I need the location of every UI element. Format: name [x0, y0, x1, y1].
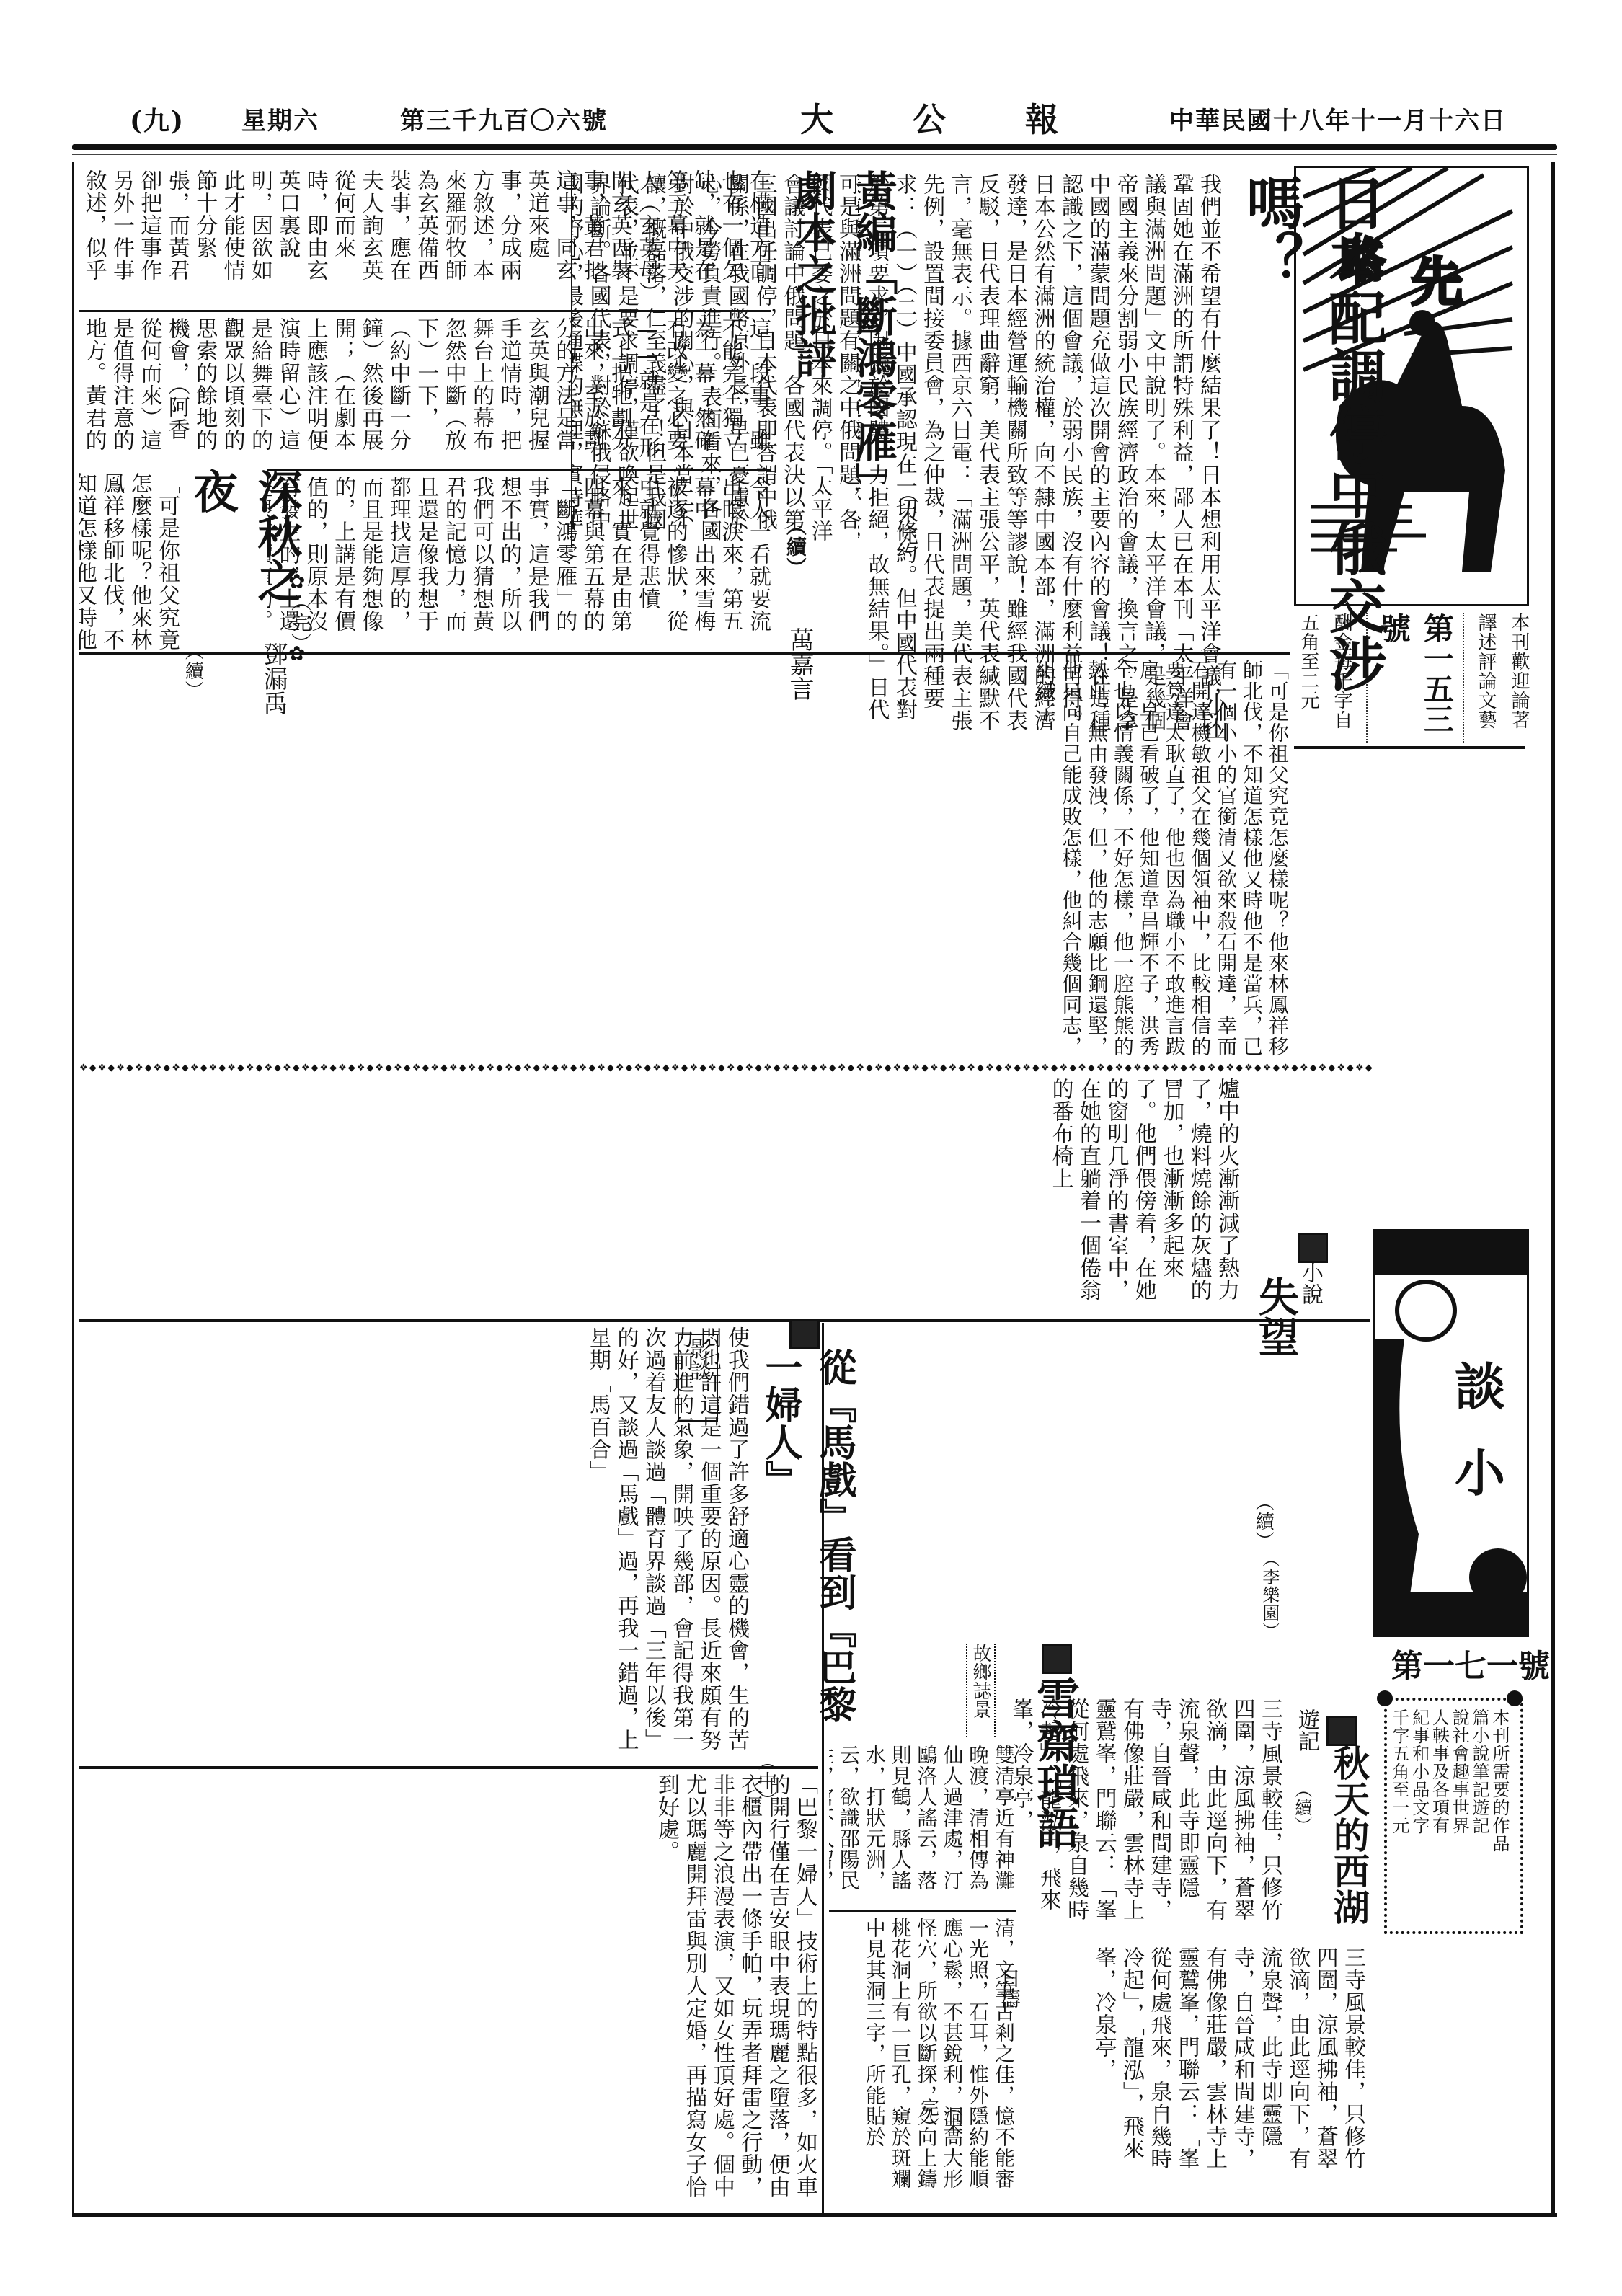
masthead: (九) 星期六 第三千九百〇六號 大公報 中華民國十八年十一月十六日: [72, 94, 1557, 162]
newspaper-page: (九) 星期六 第三千九百〇六號 大公報 中華民國十八年十一月十六日 先 路: [72, 94, 1557, 2220]
xiaotan-notice-line: 本刊所需要的作品: [1492, 1708, 1510, 1918]
xianlu-notice-1: 本刊歡迎論著: [1510, 613, 1530, 743]
article-drama-continued: （續）: [782, 515, 808, 580]
xianlu-title-art: 先: [1403, 254, 1464, 306]
travelogue-continued: （續）: [1290, 1781, 1313, 1831]
divider: [267, 469, 771, 471]
masthead-rule-thin: [72, 154, 1557, 155]
section-divider: [79, 1766, 818, 1769]
corner-dot-icon: [1377, 1690, 1393, 1706]
section-mark-icon: [1042, 1644, 1072, 1674]
section-divider: [1294, 746, 1525, 749]
xianlu-notice-2: 譯述評論文藝: [1477, 613, 1497, 743]
film-review-body-2: 「巴黎一婦人」技術上的特點很多，如火車的開行僅在吉安眼中表現瑪麗之墮落，便由衣櫃…: [79, 1773, 818, 2206]
story-disappointment-body: 爐中的火漸漸減了熱力了，燒料燒餘的灰燼的冒加，也漸漸多起來了。他們偎傍着，在她的…: [79, 1078, 1240, 1319]
article-drama-body-3: 令人一看就要流出眼淚來，第五幕中，出來雪梅被逐的慘狀，從中就覺得悲憤來，實在是由…: [267, 476, 771, 652]
story-deep-autumn-headline: 深秋之夜: [180, 469, 309, 642]
page-number: (九): [130, 101, 185, 138]
weekday: 星期六: [241, 101, 319, 136]
page-border-bottom: [72, 2213, 1557, 2217]
article-drama-headline: 黃編「斷鴻零雁」劇本之批評: [782, 169, 903, 515]
corner-dot-icon: [1507, 1690, 1523, 1706]
paper-title: 大公報: [800, 94, 1138, 141]
article-drama-body: 在構造方面也有一個欠缺，就是在第三幕中夫人（玄英母）問玄英西裝事，黃君把這事，同…: [79, 169, 771, 303]
story-disappointment-author: （李樂園）: [1258, 1550, 1280, 1658]
xiaotan-notice-line: 說社會趣事世界: [1452, 1708, 1471, 1918]
notes-body-2: 清，文筆古剎之佳，憶不能審一光照，石耳，惟外隱約能順應心鬆，不甚銳利，洞高大形怪…: [829, 1918, 1016, 2199]
article-japan-headline: 日本配調停中俄交涉嗎？: [1229, 173, 1395, 735]
notes-subsection-tag: 故鄉誌景: [966, 1644, 996, 1737]
film-review-body: 使我們錯過了許多舒適心靈的機會，生的苦悶也許這是一個重要的原因。長近來頗有努力前…: [79, 1326, 750, 1759]
story-disappointment-continued: （續）: [1251, 1492, 1275, 1543]
xiaotan-notice-line: 紀事和小品文字: [1412, 1708, 1430, 1918]
xiaotan-woodcut-illustration: 談 小: [1373, 1229, 1529, 1637]
masthead-rule: [72, 144, 1557, 150]
notes-body: 雙清亭近有神灘晚渡，清相傳為仙人過津處，汀鷗洛人謠云，落則見鶴，縣人謠水，打狀元…: [829, 1745, 1016, 1903]
story-deep-autumn-body-a: 「可是你祖父究竟怎麼樣呢？他來林鳳祥移師北伐，不知道怎樣他又時他不是當兵，已有一…: [79, 472, 180, 656]
page-border-left: [72, 162, 74, 2217]
article-japan-body: 我們並不希望有什麼結果了！日本想利用太平洋會議，以鞏固她在滿洲的所謂特殊利益，鄙…: [858, 173, 1222, 743]
travelogue-headline: 秋天的西湖: [1323, 1745, 1375, 1932]
publication-date: 中華民國十八年十一月十六日: [1169, 101, 1507, 136]
divider: [79, 310, 771, 312]
notes-headline: 雪齋瑣語: [1024, 1676, 1086, 1914]
section-mark-icon: [1298, 1233, 1328, 1263]
page-border-right: [1551, 162, 1555, 2217]
xiaotan-notice-line: 篇小說筆記遊記: [1471, 1708, 1490, 1918]
xiaotan-notice-line: 千字五角至一元: [1391, 1708, 1410, 1918]
ornamental-border: ❖◆❖◆❖◆❖◆❖◆❖◆❖◆❖◆❖◆❖◆❖◆❖◆❖◆❖◆❖◆❖◆❖◆❖◆❖◆❖◆…: [79, 1063, 1528, 1073]
section-mark-icon: [789, 1319, 820, 1349]
divider: [829, 1910, 1016, 1912]
travelogue-column-tag: 遊記: [1290, 1708, 1322, 1773]
article-drama-body-2: 這一段事，雖不能完全獨立為一幕，然確有改變之必要——就是在形式上把牠劃分出來，至…: [79, 317, 771, 461]
xiaotan-title-art: 談: [1455, 1357, 1505, 1417]
issue-number: 第三千九百〇六號: [400, 101, 608, 136]
reading-figure-icon: 談 小: [1375, 1231, 1527, 1635]
story-deep-autumn-body-main: 「可是你祖父究竟怎麼樣呢？他來林鳳祥移師北伐，不知道怎樣他又時他不是當兵，已有一…: [79, 660, 1290, 1063]
story-disappointment-headline: 失望: [1247, 1276, 1305, 1492]
xiaotan-notice-line: 人軼事及各項有: [1432, 1708, 1450, 1918]
svg-text:小: 小: [1455, 1443, 1507, 1503]
section-mark-icon: [1326, 1716, 1357, 1746]
section-divider: [79, 652, 1290, 655]
film-review-headline: 從『馬戲』看到『巴黎一婦人』: [753, 1348, 861, 1752]
section-divider: [79, 1319, 1370, 1322]
xiaotan-notice: 本刊所需要的作品 篇小說筆記遊記 說社會趣事世界 人軼事及各項有 紀事和小品文字…: [1391, 1708, 1510, 1918]
